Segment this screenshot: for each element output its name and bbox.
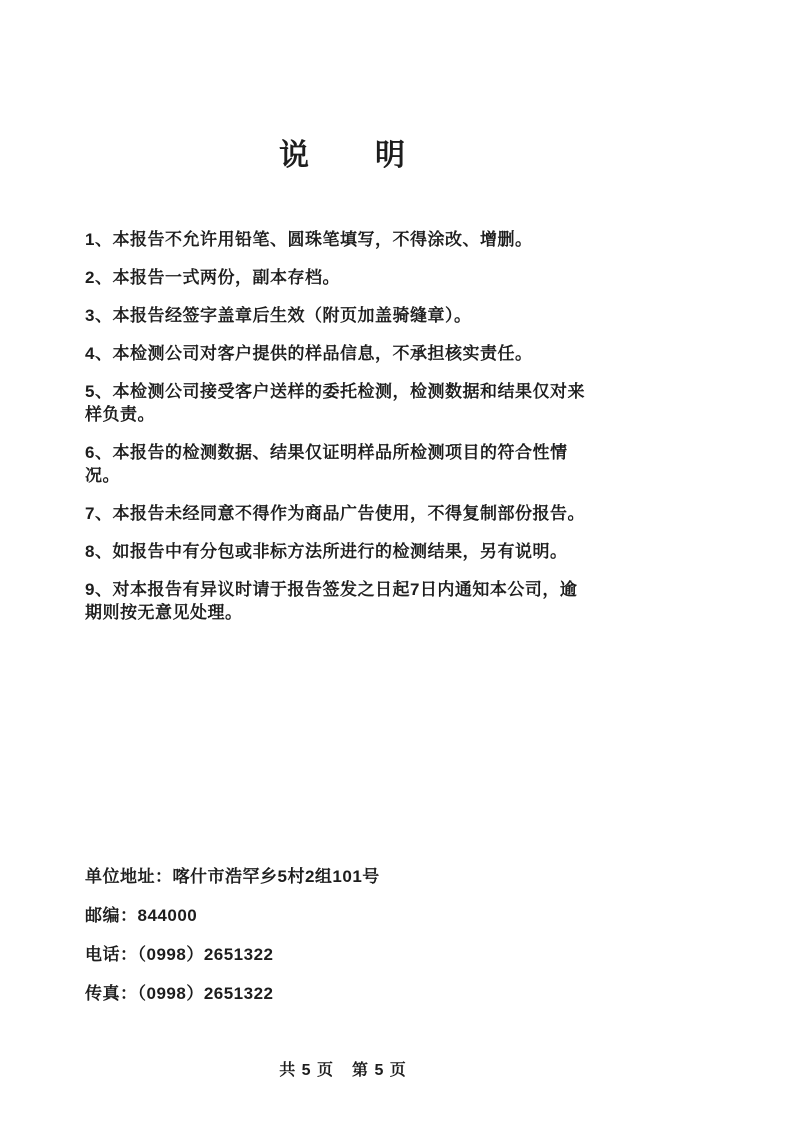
- contact-phone-value: （0998）2651322: [138, 945, 274, 964]
- contact-phone: 电话：（0998）2651322: [85, 944, 601, 966]
- contact-block: 单位地址：喀什市浩罕乡5村2组101号 邮编：844000 电话：（0998）2…: [85, 866, 601, 1005]
- note-item-6: 6、本报告的检测数据、结果仅证明样品所检测项目的符合性情况。: [85, 441, 601, 487]
- page-footer: 共 5 页 第 5 页: [85, 1061, 601, 1081]
- notes-list: 1、本报告不允许用铅笔、圆珠笔填写，不得涂改、增删。 2、本报告一式两份，副本存…: [85, 228, 601, 624]
- contact-fax: 传真：（0998）2651322: [85, 983, 601, 1005]
- page-title: 说 明: [85, 138, 601, 173]
- page-content: 说 明 1、本报告不允许用铅笔、圆珠笔填写，不得涂改、增删。 2、本报告一式两份…: [85, 0, 601, 1081]
- footer-current-page: 第 5 页: [352, 1061, 407, 1081]
- contact-address-value: 喀什市浩罕乡5村2组101号: [173, 867, 380, 886]
- report-notes-page: 说 明 1、本报告不允许用铅笔、圆珠笔填写，不得涂改、增删。 2、本报告一式两份…: [0, 0, 793, 1122]
- contact-fax-label: 传真：: [85, 984, 138, 1003]
- note-item-9: 9、对本报告有异议时请于报告签发之日起7日内通知本公司，逾 期则按无意见处理。: [85, 578, 601, 624]
- contact-postcode-label: 邮编：: [85, 906, 138, 925]
- note-item-1: 1、本报告不允许用铅笔、圆珠笔填写，不得涂改、增删。: [85, 228, 601, 251]
- note-item-3: 3、本报告经签字盖章后生效（附页加盖骑缝章）。: [85, 304, 601, 327]
- note-item-4: 4、本检测公司对客户提供的样品信息，不承担核实责任。: [85, 342, 601, 365]
- footer-total-pages: 共 5 页: [279, 1061, 334, 1081]
- note-item-5: 5、本检测公司接受客户送样的委托检测，检测数据和结果仅对来 样负责。: [85, 380, 601, 426]
- contact-address-label: 单位地址：: [85, 867, 173, 886]
- note-item-7: 7、本报告未经同意不得作为商品广告使用，不得复制部份报告。: [85, 502, 601, 525]
- contact-postcode: 邮编：844000: [85, 905, 601, 927]
- contact-address: 单位地址：喀什市浩罕乡5村2组101号: [85, 866, 601, 888]
- contact-fax-value: （0998）2651322: [138, 984, 274, 1003]
- note-item-2: 2、本报告一式两份，副本存档。: [85, 266, 601, 289]
- contact-phone-label: 电话：: [85, 945, 138, 964]
- contact-postcode-value: 844000: [138, 906, 198, 925]
- note-item-8: 8、如报告中有分包或非标方法所进行的检测结果，另有说明。: [85, 540, 601, 563]
